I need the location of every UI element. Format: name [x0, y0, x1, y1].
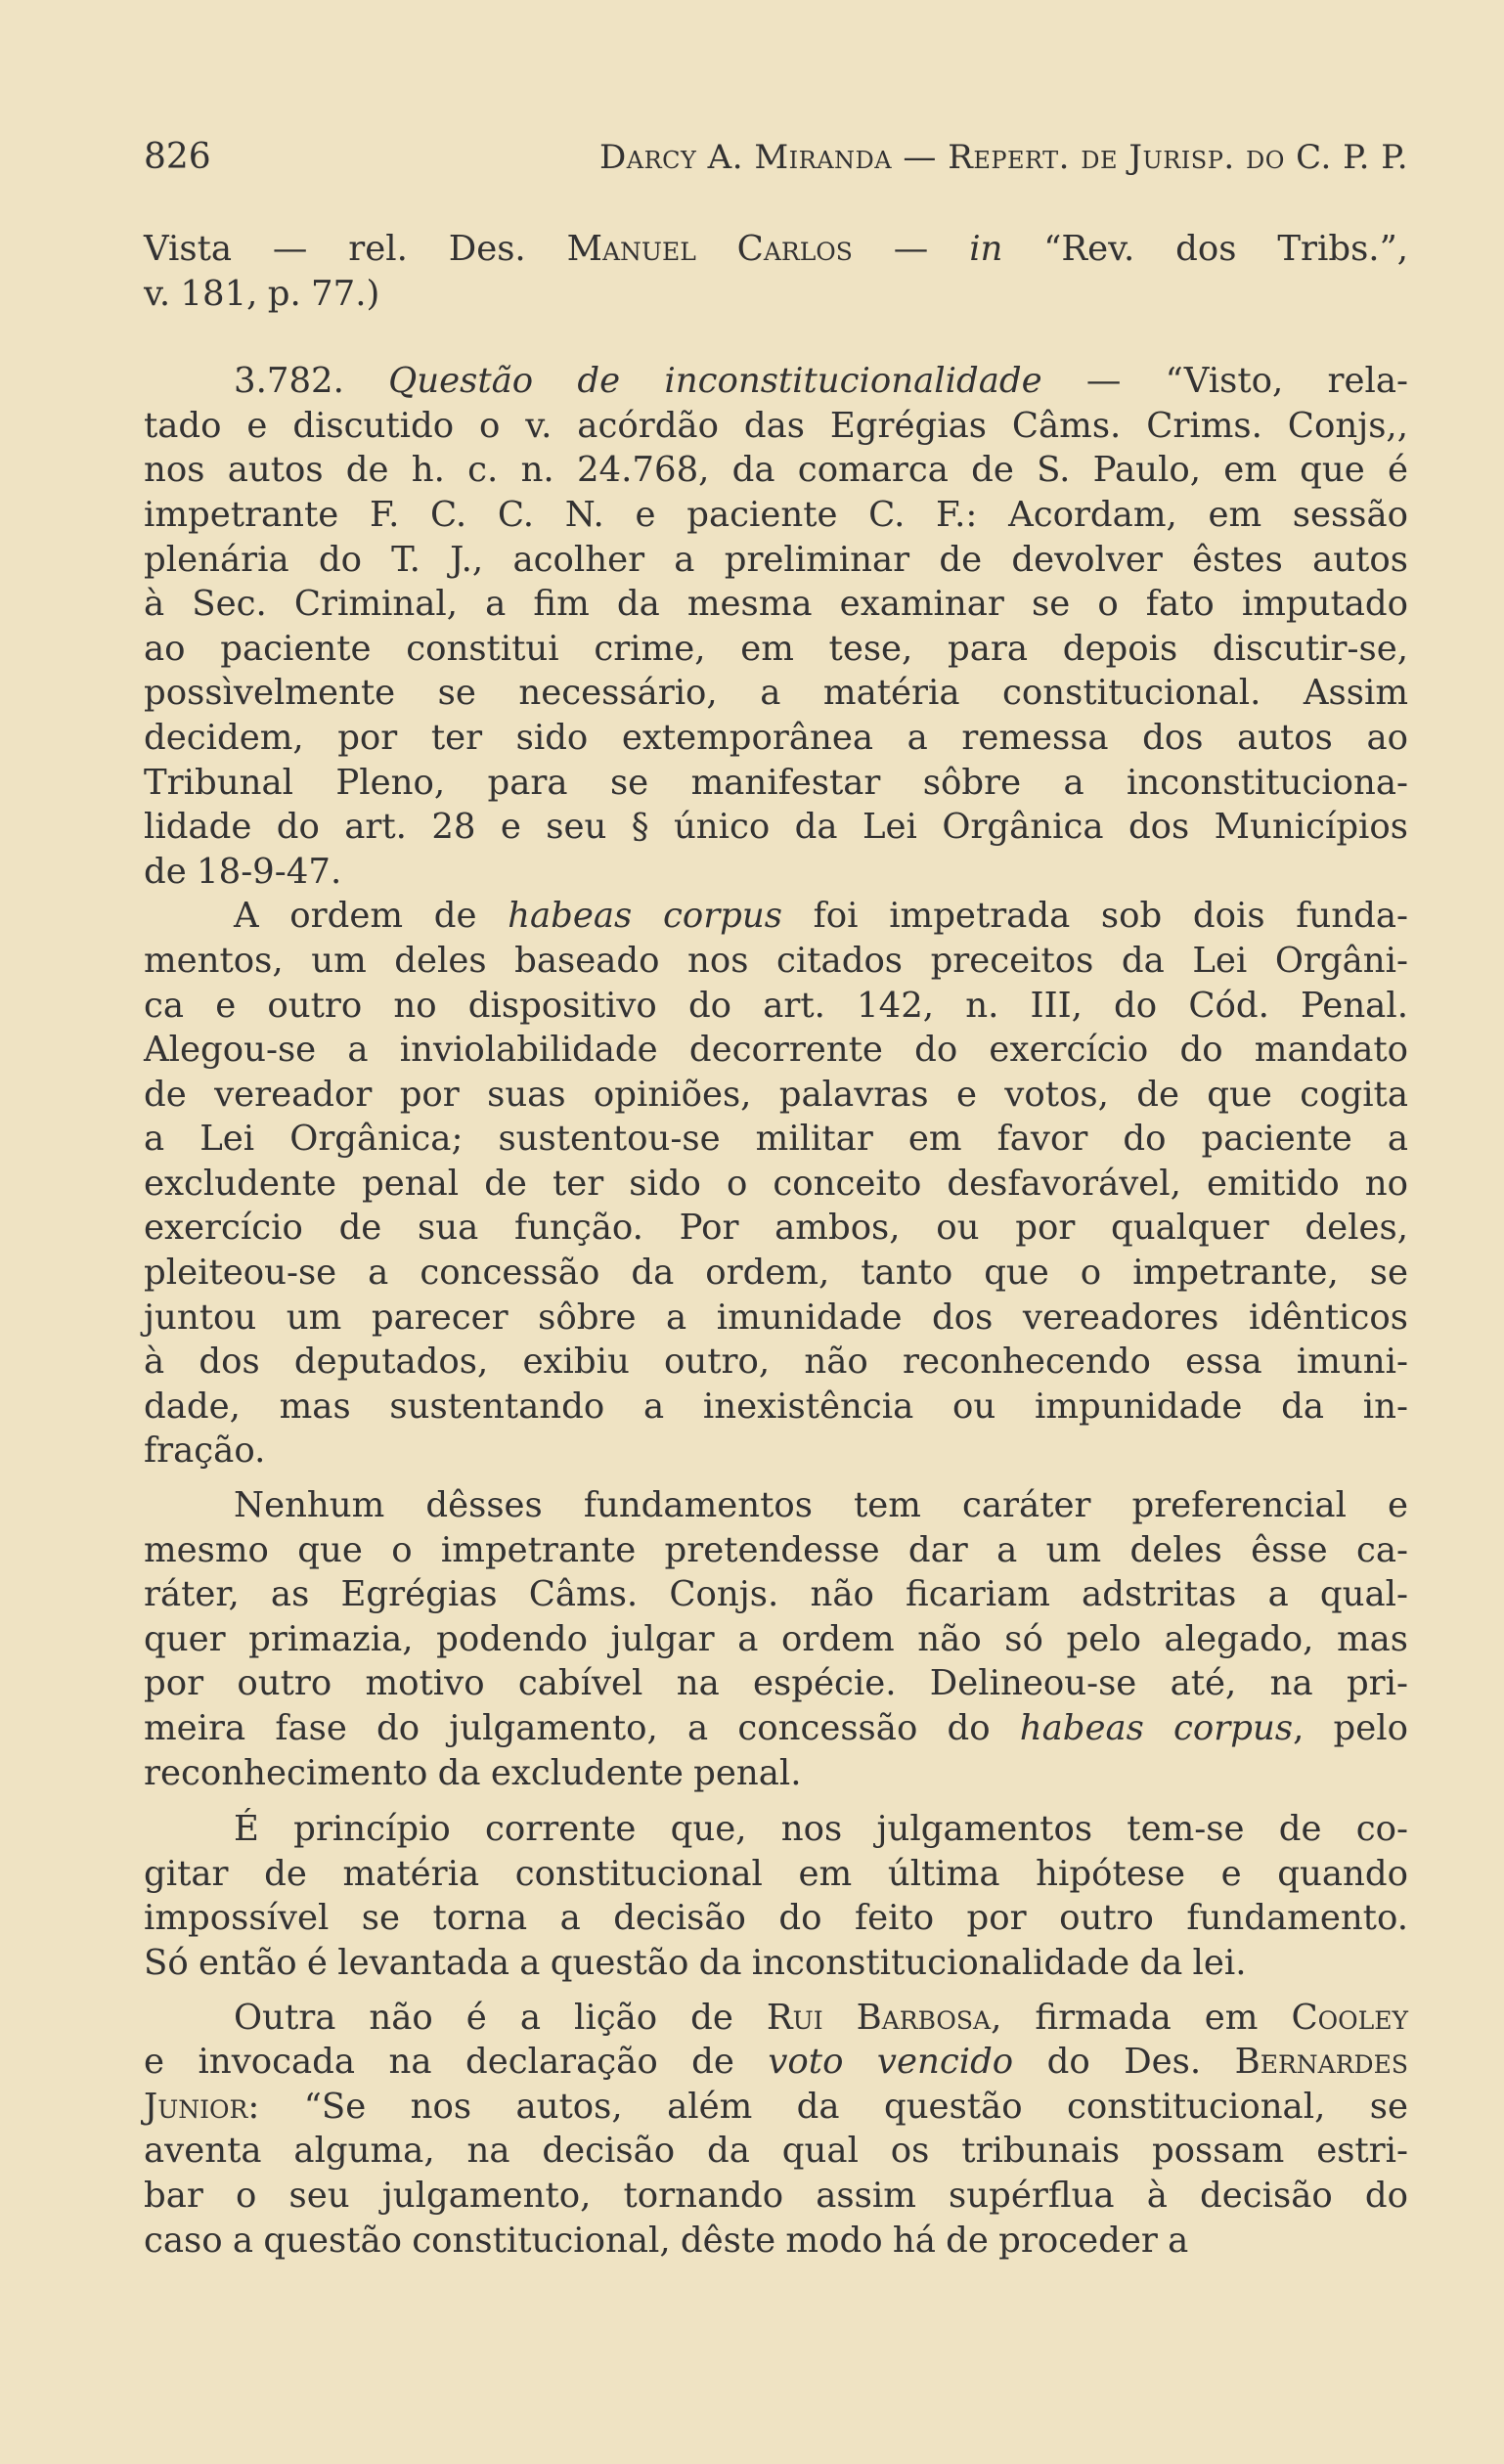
text-line: de 18-9-47. [144, 850, 1408, 895]
small-caps-name: Bernardes [1235, 2042, 1408, 2082]
text-line: à Sec. Criminal, a fim da mesma examinar… [144, 582, 1408, 627]
text-line: Só então é levantada a questão da incons… [144, 1941, 1408, 1986]
text-line: Vista — rel. Des. Manuel Carlos — in “Re… [144, 227, 1408, 272]
text-line: v. 181, p. 77.) [144, 272, 1408, 317]
italic-term: in [969, 229, 1002, 269]
book-page: 826 Darcy A. Miranda — Repert. de Jurisp… [144, 137, 1408, 2263]
header-gap [144, 184, 1408, 227]
page-number: 826 [144, 137, 400, 177]
text-line: aventa alguma, na decisão da qual os tri… [144, 2129, 1408, 2174]
text-line: Alegou-se a inviolabilidade decorrente d… [144, 1028, 1408, 1073]
small-caps-name: Cooley [1291, 1998, 1408, 2038]
text-line: à dos deputados, exibiu outro, não recon… [144, 1340, 1408, 1385]
text-line: decidem, por ter sido extemporânea a rem… [144, 716, 1408, 761]
text-line: ao paciente constitui crime, em tese, pa… [144, 627, 1408, 672]
text-line: fração. [144, 1429, 1408, 1474]
text-line: impetrante F. C. C. N. e paciente C. F.:… [144, 493, 1408, 538]
text-line: Nenhum dêsses fundamentos tem caráter pr… [144, 1483, 1408, 1528]
text-line: bar o seu julgamento, tornando assim sup… [144, 2174, 1408, 2219]
small-caps-name: Manuel Carlos [567, 229, 853, 269]
italic-term: habeas corpus [1020, 1708, 1293, 1748]
running-title: Darcy A. Miranda — Repert. de Jurisp. do… [400, 138, 1408, 177]
text-line: É princípio corrente que, nos julgamento… [144, 1807, 1408, 1852]
italic-term: voto vencido [768, 2042, 1013, 2082]
text-line: possìvelmente se necessário, a matéria c… [144, 671, 1408, 716]
entry-3782-heading-paragraph: 3.782. Questão de inconstitucionalidade … [144, 359, 1408, 894]
text-line: excludente penal de ter sido o conceito … [144, 1162, 1408, 1207]
text-line: gitar de matéria constitucional em últim… [144, 1852, 1408, 1897]
entry-gap [144, 316, 1408, 359]
text-line: reconhecimento da excludente penal. [144, 1751, 1408, 1796]
text-line: de vereador por suas opiniões, palavras … [144, 1073, 1408, 1118]
paragraph-gap [144, 1795, 1408, 1807]
small-caps-name: Rui Barbosa [767, 1998, 991, 2038]
text-line: ráter, as Egrégias Câms. Conjs. não fica… [144, 1572, 1408, 1617]
text-line: e invocada na declaração de voto vencido… [144, 2040, 1408, 2085]
text-line: pleiteou-se a concessão da ordem, tanto … [144, 1251, 1408, 1296]
text-line: lidade do art. 28 e seu § único da Lei O… [144, 805, 1408, 850]
text-line: por outro motivo cabível na espécie. Del… [144, 1661, 1408, 1706]
italic-term: Questão de inconstitucionalidade [388, 361, 1041, 401]
small-caps-name: Junior [144, 2087, 247, 2127]
text-line: exercício de sua função. Por ambos, ou p… [144, 1206, 1408, 1251]
text-line: Outra não é a lição de Rui Barbosa, firm… [144, 1996, 1408, 2041]
text-line: meira fase do julgamento, a concessão do… [144, 1706, 1408, 1751]
text-line: Junior: “Se nos autos, além da questão c… [144, 2085, 1408, 2130]
body-text: Vista — rel. Des. Manuel Carlos — in “Re… [144, 227, 1408, 2263]
text-line: ca e outro no dispositivo do art. 142, n… [144, 984, 1408, 1029]
paragraph-gap [144, 1986, 1408, 1996]
text-line: tado e discutido o v. acórdão das Egrégi… [144, 404, 1408, 449]
text-line: a Lei Orgânica; sustentou-se militar em … [144, 1117, 1408, 1162]
text-line: dade, mas sustentando a inexistência ou … [144, 1385, 1408, 1430]
text-line: nos autos de h. c. n. 24.768, da comarca… [144, 448, 1408, 493]
paragraph-constitutional-principle: É princípio corrente que, nos julgamento… [144, 1807, 1408, 1985]
text-line: mesmo que o impetrante pretendesse dar a… [144, 1528, 1408, 1573]
text-line: Tribunal Pleno, para se manifestar sôbre… [144, 761, 1408, 806]
text-line: A ordem de habeas corpus foi impetrada s… [144, 894, 1408, 939]
running-header: 826 Darcy A. Miranda — Repert. de Jurisp… [144, 137, 1408, 184]
text-line: 3.782. Questão de inconstitucionalidade … [144, 359, 1408, 404]
text-line: caso a questão constitucional, dêste mod… [144, 2219, 1408, 2264]
paragraph-rui-barbosa-lesson: Outra não é a lição de Rui Barbosa, firm… [144, 1996, 1408, 2264]
text-line: impossível se torna a decisão do feito p… [144, 1896, 1408, 1941]
paragraph-habeas-corpus-grounds: A ordem de habeas corpus foi impetrada s… [144, 894, 1408, 1474]
paragraph-gap [144, 1474, 1408, 1483]
text-line: juntou um parecer sôbre a imunidade dos … [144, 1296, 1408, 1341]
italic-term: habeas corpus [508, 896, 782, 936]
text-line: quer primazia, podendo julgar a ordem nã… [144, 1617, 1408, 1662]
citation-continuation: Vista — rel. Des. Manuel Carlos — in “Re… [144, 227, 1408, 316]
text-line: plenária do T. J., acolher a preliminar … [144, 538, 1408, 583]
text-line: mentos, um deles baseado nos citados pre… [144, 939, 1408, 984]
paragraph-no-preferential-ground: Nenhum dêsses fundamentos tem caráter pr… [144, 1483, 1408, 1795]
